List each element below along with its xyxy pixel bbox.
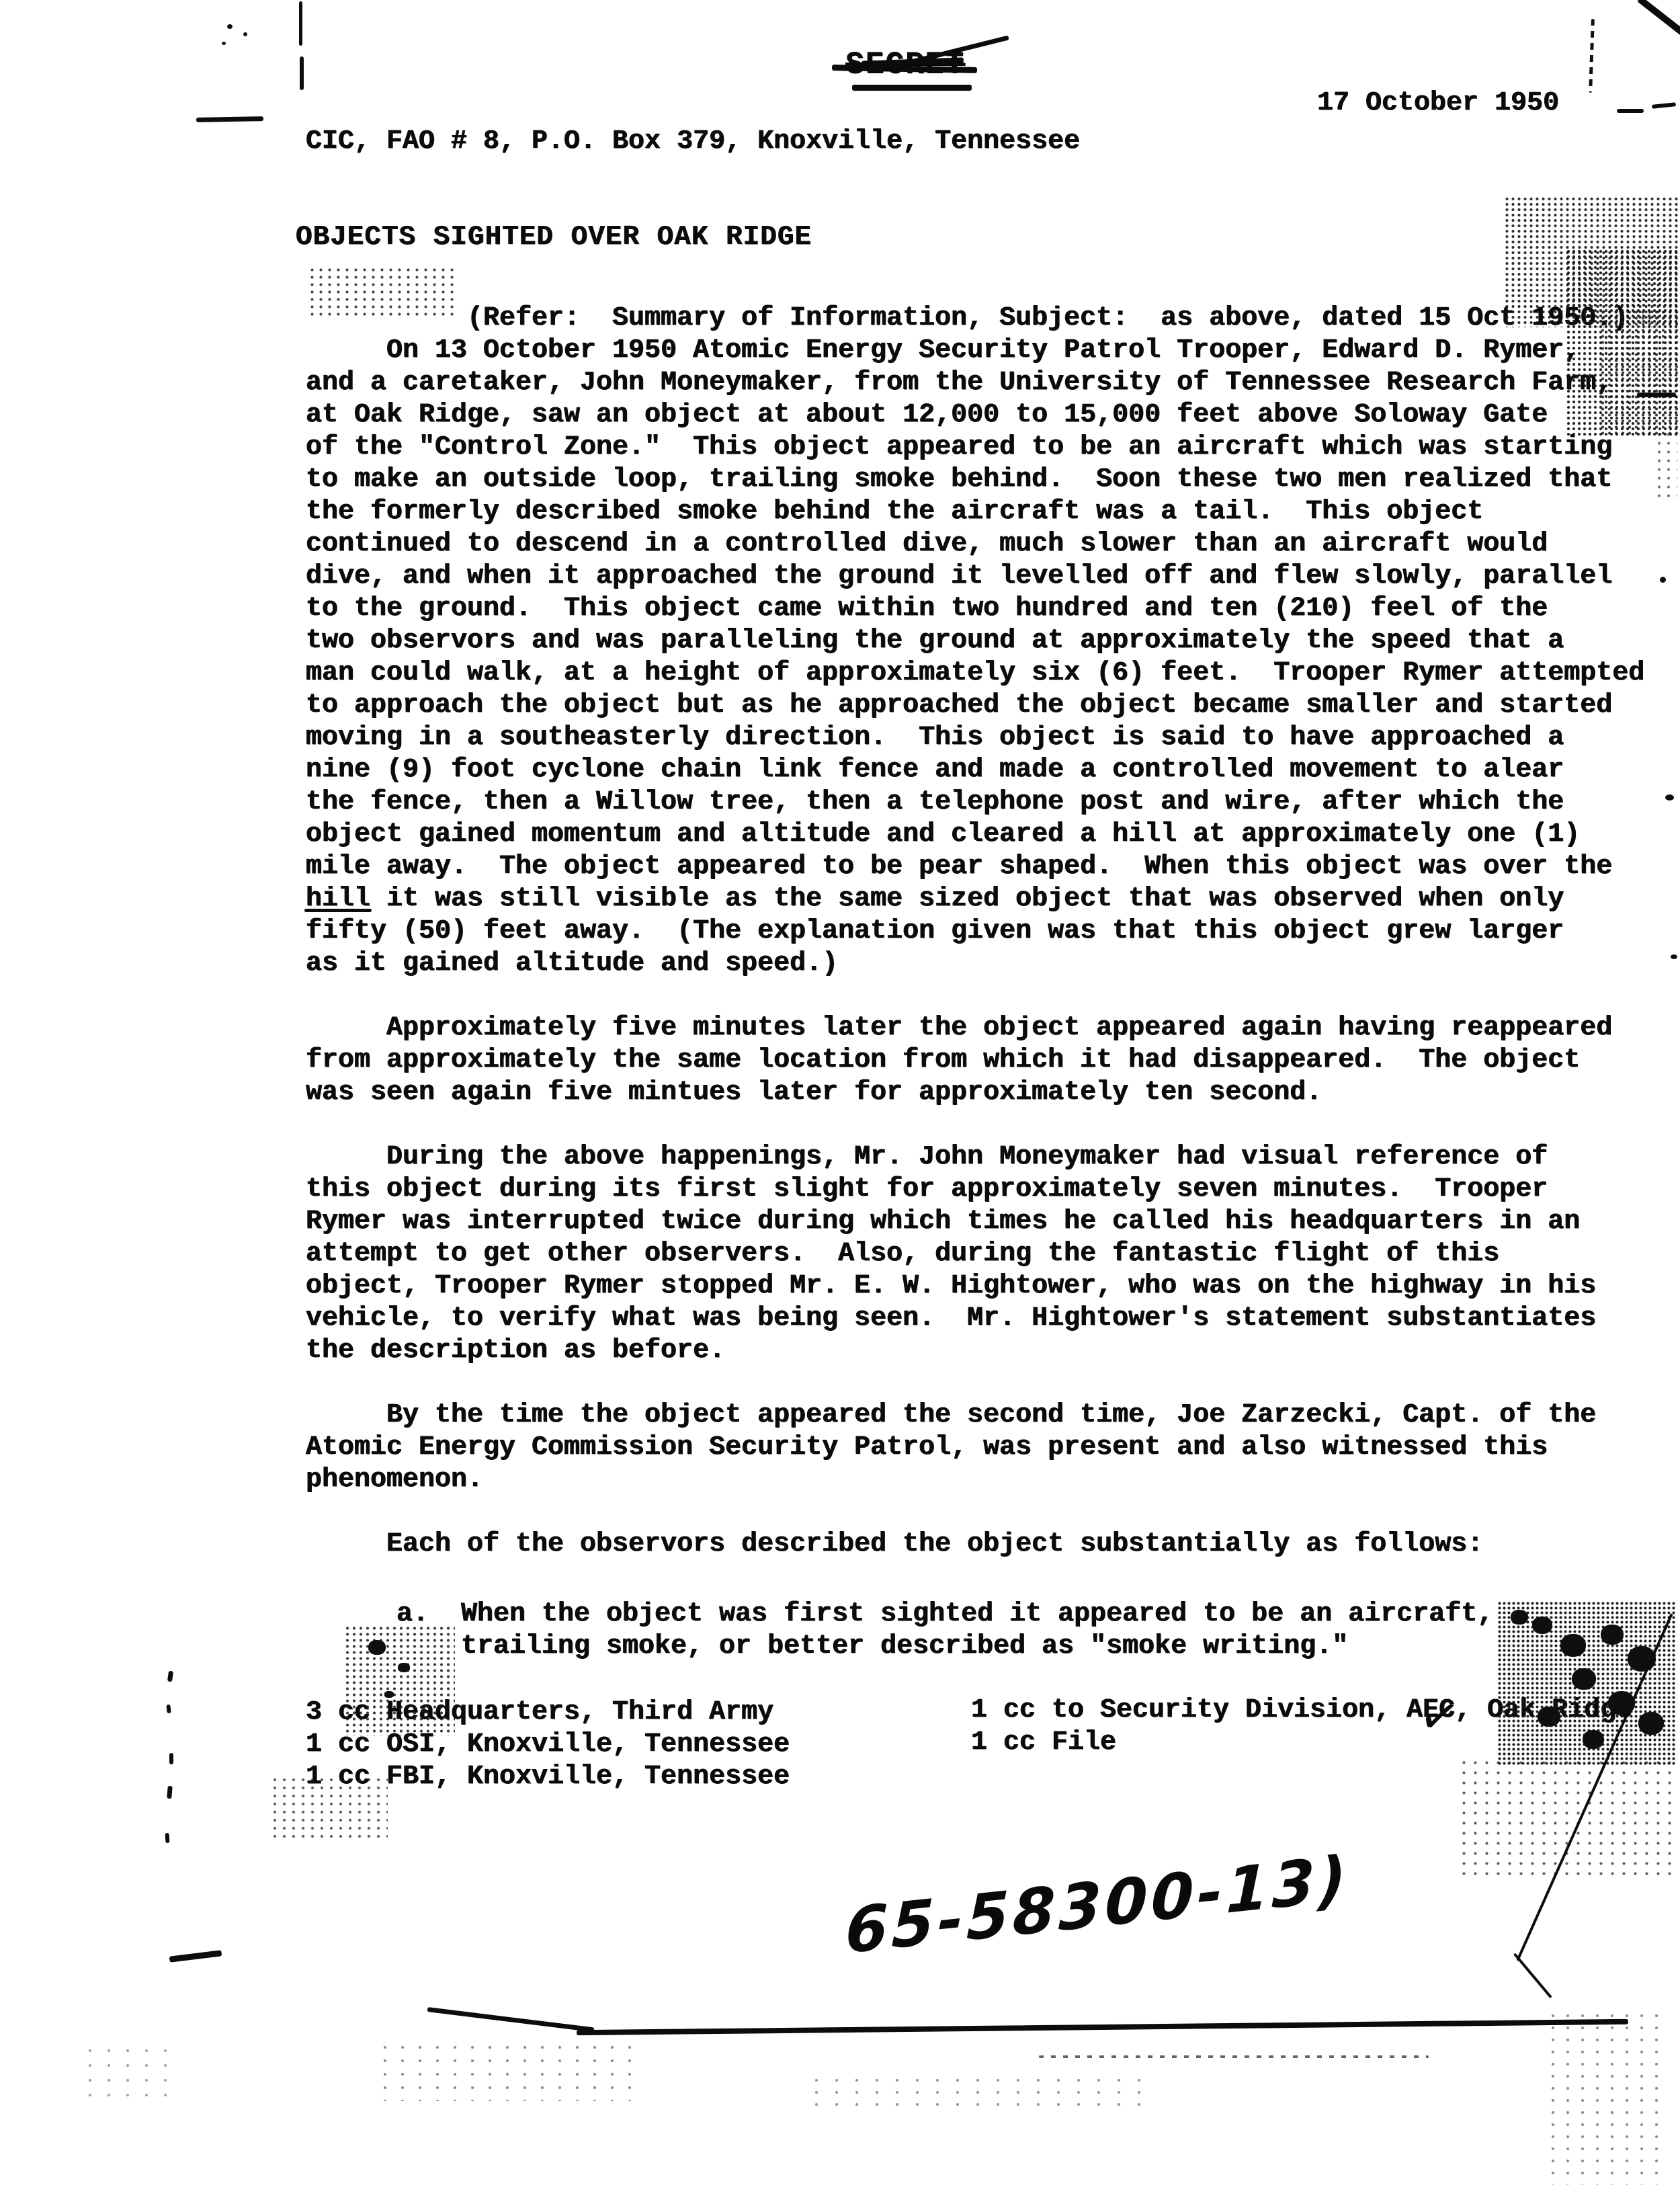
stamp-underline bbox=[852, 85, 972, 91]
hill-underline-mark bbox=[304, 909, 372, 912]
text-line: at Oak Ridge, saw an object at about 12,… bbox=[306, 399, 1644, 432]
text-line: this object during its first slight for … bbox=[306, 1174, 1596, 1206]
paragraph-1: (Refer: Summary of Information, Subject:… bbox=[306, 302, 1644, 980]
ink-blob bbox=[368, 1640, 386, 1655]
bottom-scan-line bbox=[577, 2019, 1628, 2035]
text-line: During the above happenings, Mr. John Mo… bbox=[306, 1141, 1596, 1174]
crease-line-tail bbox=[1513, 1953, 1552, 1998]
ink-noise-patch bbox=[1546, 2010, 1670, 2184]
text-line: a. When the object was first sighted it … bbox=[396, 1598, 1493, 1631]
text-line: Rymer was interrupted twice during which… bbox=[306, 1206, 1596, 1238]
ink-noise-patch bbox=[81, 2043, 168, 2097]
text-line: and a caretaker, John Moneymaker, from t… bbox=[306, 367, 1644, 399]
text-line: attempt to get other observers. Also, du… bbox=[306, 1238, 1596, 1270]
text-line: Each of the observors described the obje… bbox=[306, 1528, 1483, 1561]
text-line: vehicle, to verify what was being seen. … bbox=[306, 1303, 1596, 1335]
scan-vertical-line bbox=[299, 1, 302, 46]
ink-noise-patch bbox=[308, 266, 459, 320]
text-line: Approximately five minutes later the obj… bbox=[306, 1012, 1612, 1045]
text-line: to make an outside loop, trailing smoke … bbox=[306, 464, 1644, 496]
list-item-a: a. When the object was first sighted it … bbox=[396, 1598, 1493, 1663]
document-date: 17 October 1950 bbox=[1317, 87, 1559, 120]
text-line: the description as before. bbox=[306, 1335, 1596, 1367]
text-line: Atomic Energy Commission Security Patrol… bbox=[306, 1432, 1596, 1464]
ink-noise-patch bbox=[806, 2074, 1156, 2115]
text-line: the formerly described smoke behind the … bbox=[306, 496, 1644, 528]
text-line: two observors and was paralleling the gr… bbox=[306, 625, 1644, 657]
text-line: dive, and when it approached the ground … bbox=[306, 561, 1644, 593]
text-line: moving in a southeasterly direction. Thi… bbox=[306, 722, 1644, 754]
margin-tick bbox=[165, 1833, 169, 1843]
text-line: to approach the object but as he approac… bbox=[306, 690, 1644, 722]
scan-dash-mark bbox=[1652, 102, 1676, 109]
ink-blob bbox=[1511, 1610, 1528, 1625]
scan-dotted-streak bbox=[1589, 19, 1595, 93]
text-line: mile away. The object appeared to be pea… bbox=[306, 851, 1644, 883]
handwritten-file-number: 65-58300-13) bbox=[845, 1842, 1350, 1968]
ink-noise-patch bbox=[1654, 430, 1677, 497]
text-line: of the "Control Zone." This object appea… bbox=[306, 432, 1644, 464]
ink-noise-patch bbox=[270, 1776, 388, 1843]
ink-noise-patch bbox=[376, 2041, 632, 2101]
text-line: trailing smoke, or better described as "… bbox=[396, 1631, 1493, 1663]
bottom-scan-line-left bbox=[427, 2007, 595, 2032]
scan-dash-mark bbox=[1637, 393, 1676, 397]
scan-vertical-line bbox=[300, 56, 304, 90]
text-line: (Refer: Summary of Information, Subject:… bbox=[306, 302, 1644, 335]
text-line: fifty (50) feet away. (The explanation g… bbox=[306, 915, 1644, 948]
scan-dash-mark bbox=[196, 116, 263, 122]
ink-blob-dense bbox=[1497, 1601, 1675, 1766]
margin-tick bbox=[167, 1786, 173, 1799]
text-line: phenomenon. bbox=[306, 1464, 1596, 1496]
page-title: OBJECTS SIGHTED OVER OAK RIDGE bbox=[296, 221, 812, 253]
text-line: the fence, then a Willow tree, then a te… bbox=[306, 786, 1644, 819]
text-line: By the time the object appeared the seco… bbox=[306, 1399, 1596, 1432]
paragraph-3: During the above happenings, Mr. John Mo… bbox=[306, 1141, 1596, 1367]
ink-noise-patch bbox=[1458, 1758, 1673, 1882]
text-line: to the ground. This object came within t… bbox=[306, 593, 1644, 625]
margin-tick bbox=[166, 1705, 171, 1714]
ink-noise-patch bbox=[1599, 309, 1679, 437]
bottom-dotted-line bbox=[1039, 2055, 1429, 2058]
text-line: hill it was still visible as the same si… bbox=[306, 883, 1644, 915]
paragraph-4: By the time the object appeared the seco… bbox=[306, 1399, 1596, 1496]
text-line: object, Trooper Rymer stopped Mr. E. W. … bbox=[306, 1270, 1596, 1303]
paragraph-5: Each of the observors described the obje… bbox=[306, 1528, 1483, 1561]
scan-dash-mark bbox=[169, 1950, 222, 1962]
text-line: man could walk, at a height of approxima… bbox=[306, 657, 1644, 690]
text-line: object gained momentum and altitude and … bbox=[306, 819, 1644, 851]
ink-noise-patch bbox=[344, 1625, 455, 1736]
margin-tick bbox=[169, 1753, 173, 1764]
text-line: as it gained altitude and speed.) bbox=[306, 948, 1644, 980]
text-line: nine (9) foot cyclone chain link fence a… bbox=[306, 754, 1644, 786]
sender-address: CIC, FAO # 8, P.O. Box 379, Knoxville, T… bbox=[306, 126, 1080, 158]
document-page: SECRET 17 October 1950 CIC, FAO # 8, P.O… bbox=[0, 0, 1680, 2210]
paragraph-2: Approximately five minutes later the obj… bbox=[306, 1012, 1612, 1109]
text-line: from approximately the same location fro… bbox=[306, 1045, 1612, 1077]
margin-tick bbox=[167, 1671, 173, 1682]
text-line: On 13 October 1950 Atomic Energy Securit… bbox=[306, 335, 1644, 367]
text-line: was seen again five mintues later for ap… bbox=[306, 1077, 1612, 1109]
scan-dash-mark bbox=[1617, 109, 1644, 113]
scan-corner-slash bbox=[1637, 0, 1680, 36]
text-line: continued to descend in a controlled div… bbox=[306, 528, 1644, 561]
